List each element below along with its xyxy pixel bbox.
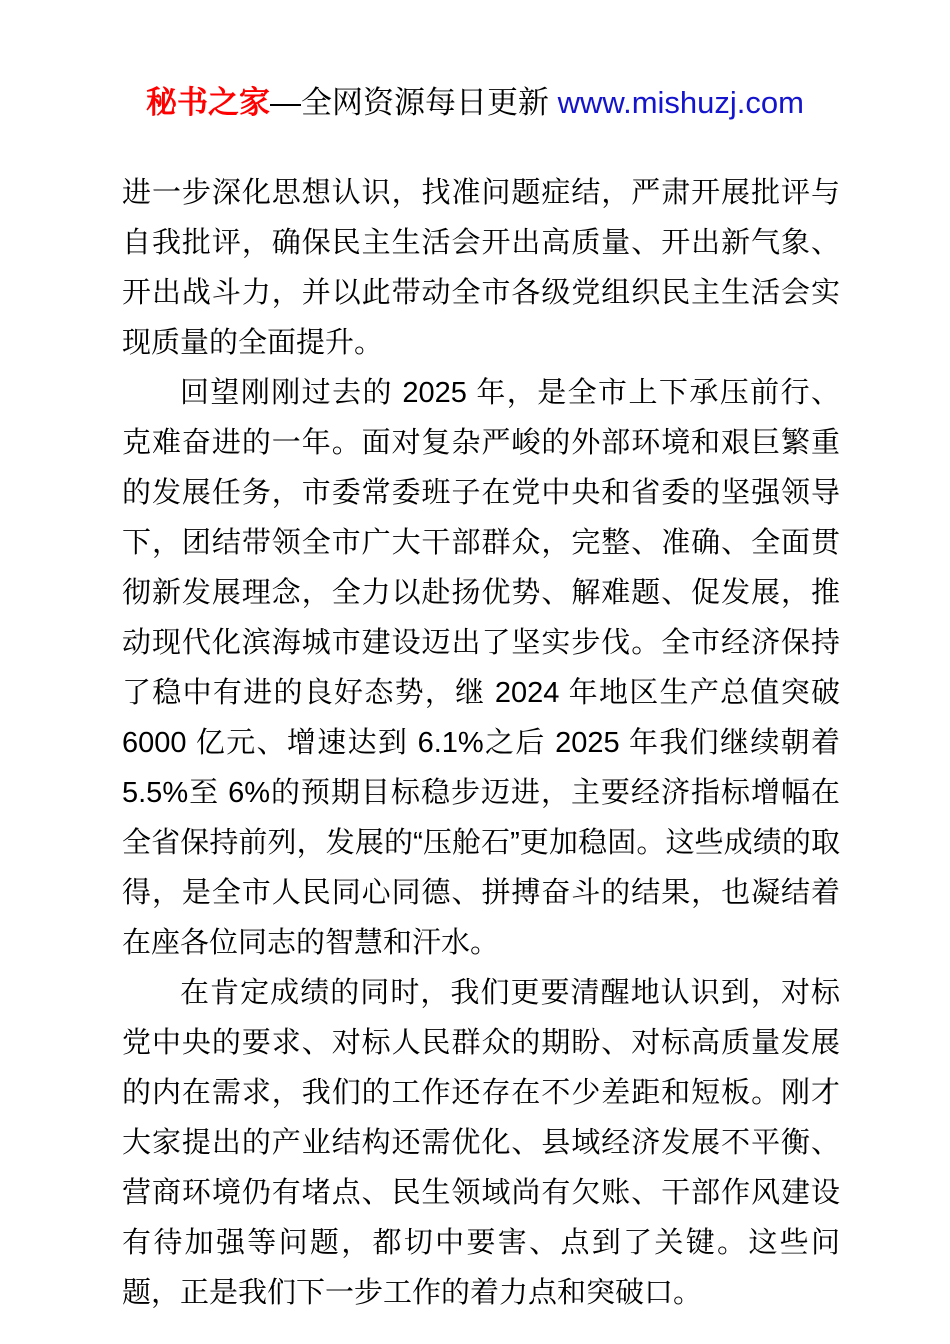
document-body: 进一步深化思想认识，找准问题症结，严肃开展批评与自我批评，确保民主生活会开出高质… <box>122 168 840 1318</box>
site-url-link[interactable]: www.mishuzj.com <box>558 85 804 120</box>
page-header: 秘书之家—全网资源每日更新 www.mishuzj.com <box>0 0 950 122</box>
site-name: 秘书之家 <box>146 85 270 120</box>
paragraph-1: 进一步深化思想认识，找准问题症结，严肃开展批评与自我批评，确保民主生活会开出高质… <box>122 168 840 368</box>
paragraph-2: 回望刚刚过去的 2025 年，是全市上下承压前行、克难奋进的一年。面对复杂严峻的… <box>122 368 840 968</box>
paragraph-3: 在肯定成绩的同时，我们更要清醒地认识到，对标党中央的要求、对标人民群众的期盼、对… <box>122 968 840 1318</box>
document-page: 秘书之家—全网资源每日更新 www.mishuzj.com 进一步深化思想认识，… <box>0 0 950 1344</box>
site-tagline: —全网资源每日更新 <box>270 85 549 120</box>
